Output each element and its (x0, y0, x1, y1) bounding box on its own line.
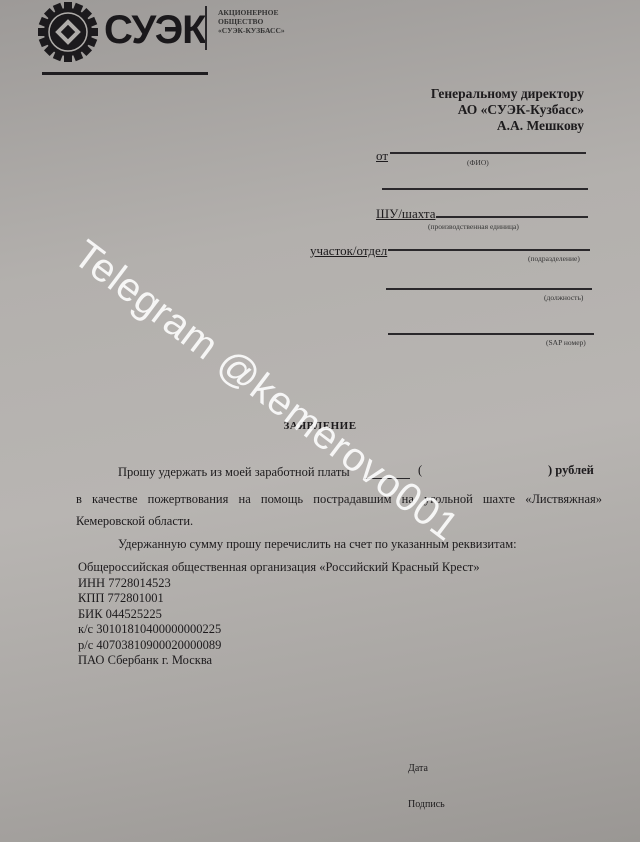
kpp: КПП 772801001 (78, 591, 480, 607)
amount-open-paren: ( (418, 463, 422, 478)
bank-name: ПАО Сбербанк г. Москва (78, 653, 480, 669)
bank-requisites: Общероссийская общественная организация … (78, 560, 480, 669)
sap-number-hint: (SAP номер) (546, 338, 586, 347)
position-field[interactable] (386, 288, 592, 290)
purpose-line-2: Кемеровской области. (76, 514, 193, 529)
amount-words-field[interactable] (428, 478, 546, 479)
signature-label: Подпись (408, 799, 445, 810)
addressee-company: АО «СУЭК-Кузбасс» (431, 102, 584, 118)
section-field[interactable] (388, 249, 590, 251)
header-rule (42, 72, 208, 75)
correspondent-account: к/с 30101810400000000225 (78, 622, 480, 638)
from-hint: (ФИО) (467, 158, 489, 167)
section-label: участок/отдел (310, 243, 387, 259)
addressee-name: А.А. Мешкову (431, 118, 584, 134)
mine-label: ШУ/шахта (376, 206, 436, 222)
addressee-title: Генеральному директору (431, 86, 584, 102)
inn: ИНН 7728014523 (78, 576, 480, 592)
transfer-instruction: Удержанную сумму прошу перечислить на сч… (118, 537, 517, 552)
company-line: «СУЭК-КУЗБАСС» (218, 26, 285, 35)
position-hint: (должность) (544, 293, 583, 302)
company-line: ОБЩЕСТВО (218, 17, 285, 26)
amount-suffix: ) рублей (548, 463, 594, 478)
settlement-account: р/с 40703810900020000089 (78, 638, 480, 654)
from-label: от (376, 148, 388, 164)
request-text: Прошу удержать из моей заработной платы (118, 465, 350, 480)
mine-hint: (производственная единица) (428, 222, 519, 231)
gear-logo-icon (36, 2, 100, 62)
company-line: АКЦИОНЕРНОЕ (218, 8, 285, 17)
purpose-line-1: в качестве пожертвования на помощь постр… (76, 492, 602, 507)
brand-logo-text: СУЭК (104, 8, 206, 53)
from-field-line2[interactable] (382, 188, 588, 190)
bik: БИК 044525225 (78, 607, 480, 623)
addressee-block: Генеральному директору АО «СУЭК-Кузбасс»… (431, 86, 584, 134)
date-label: Дата (408, 763, 428, 774)
logo-divider (205, 6, 207, 50)
company-name: АКЦИОНЕРНОЕ ОБЩЕСТВО «СУЭК-КУЗБАСС» (218, 8, 285, 35)
recipient-name: Общероссийская общественная организация … (78, 560, 480, 576)
section-hint: (подразделение) (528, 254, 580, 263)
from-field[interactable] (390, 152, 586, 154)
mine-field[interactable] (436, 216, 588, 218)
sap-number-field[interactable] (388, 333, 594, 335)
